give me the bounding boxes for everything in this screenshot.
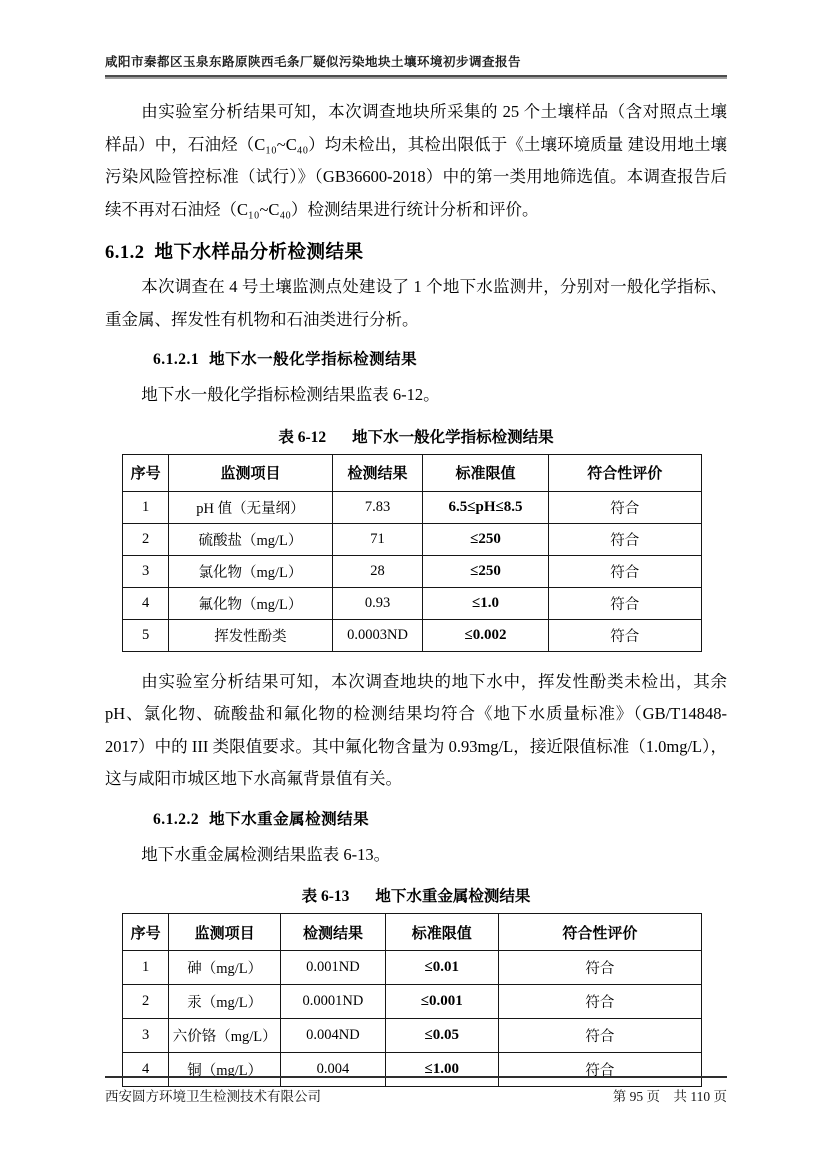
paragraph-groundwater-intro: 本次调查在 4 号土壤监测点处建设了 1 个地下水监测井，分别对一般化学指标、重… [105,271,727,336]
table-caption-title: 地下水一般化学指标检测结果 [352,429,554,446]
column-header: 符合性评价 [548,454,701,491]
paragraph-table-6-13-reference: 地下水重金属检测结果监表 6-13。 [105,839,727,872]
table-cell: ≤250 [423,523,548,555]
section-title: 地下水样品分析检测结果 [155,243,364,263]
column-header: 序号 [123,454,169,491]
table-cell: 汞（mg/L） [169,985,281,1019]
table-cell: 符合 [548,619,701,651]
table-cell: 6.5≤pH≤8.5 [423,491,548,523]
table-cell: ≤250 [423,555,548,587]
section-heading-6-1-2-2: 6.1.2.2地下水重金属检测结果 [153,807,727,829]
table-cell: 氟化物（mg/L） [169,587,332,619]
table-header-row: 序号监测项目检测结果标准限值符合性评价 [123,914,702,951]
table-cell: 挥发性酚类 [169,619,332,651]
table-cell: 符合 [498,985,701,1019]
table-caption-title: 地下水重金属检测结果 [375,888,530,905]
column-header: 序号 [123,914,169,951]
table-cell: 砷（mg/L） [169,951,281,985]
table-cell: 2 [123,523,169,555]
table-cell: ≤0.01 [385,951,498,985]
table-cell: 4 [123,587,169,619]
table-cell: 0.0003ND [332,619,423,651]
table-cell: 0.001ND [281,951,386,985]
table-cell: pH 值（无量纲） [169,491,332,523]
table-cell: 符合 [548,587,701,619]
table-row: 3氯化物（mg/L）28≤250符合 [123,555,702,587]
section-number: 6.1.2 [105,243,145,263]
table-cell: 六价铬（mg/L） [169,1019,281,1053]
table-6-13-caption: 表 6-13地下水重金属检测结果 [105,884,727,906]
section-heading-6-1-2-1: 6.1.2.1地下水一般化学指标检测结果 [153,347,727,369]
column-header: 检测结果 [281,914,386,951]
table-cell: 0.93 [332,587,423,619]
table-cell: 1 [123,951,169,985]
page-header: 咸阳市秦都区玉泉东路原陕西毛条厂疑似污染地块土壤环境初步调查报告 [105,52,727,77]
table-row: 4氟化物（mg/L）0.93≤1.0符合 [123,587,702,619]
table-cell: ≤0.001 [385,985,498,1019]
table-row: 2汞（mg/L）0.0001ND≤0.001符合 [123,985,702,1019]
table-cell: ≤1.0 [423,587,548,619]
column-header: 监测项目 [169,454,332,491]
table-cell: 1 [123,491,169,523]
column-header: 检测结果 [332,454,423,491]
table-cell: ≤0.05 [385,1019,498,1053]
table-row: 1砷（mg/L）0.001ND≤0.01符合 [123,951,702,985]
table-caption-label: 表 6-13 [302,888,350,905]
column-header: 监测项目 [169,914,281,951]
column-header: 标准限值 [385,914,498,951]
paragraph-soil-summary: 由实验室分析结果可知，本次调查地块所采集的 25 个土壤样品（含对照点土壤样品）… [105,96,727,226]
table-groundwater-chemical-results: 序号监测项目检测结果标准限值符合性评价1pH 值（无量纲）7.836.5≤pH≤… [122,454,702,652]
document-body: { "header": { "title": "咸阳市秦都区玉泉东路原陕西毛条厂… [0,0,827,1169]
table-caption-label: 表 6-12 [278,429,326,446]
table-cell: 28 [332,555,423,587]
report-page: 咸阳市秦都区玉泉东路原陕西毛条厂疑似污染地块土壤环境初步调查报告 由实验室分析结… [0,0,827,1169]
table-cell: 0.0001ND [281,985,386,1019]
table-cell: 硫酸盐（mg/L） [169,523,332,555]
section-number: 6.1.2.2 [153,811,199,828]
paragraph-chem-result-summary: 由实验室分析结果可知，本次调查地块的地下水中，挥发性酚类未检出，其余 pH、氯化… [105,666,727,796]
table-cell: 5 [123,619,169,651]
table-row: 1pH 值（无量纲）7.836.5≤pH≤8.5符合 [123,491,702,523]
table-cell: 3 [123,1019,169,1053]
section-title: 地下水一般化学指标检测结果 [209,351,417,368]
section-heading-6-1-2: 6.1.2地下水样品分析检测结果 [105,238,727,264]
table-cell: 符合 [548,491,701,523]
page-footer: 西安圆方环境卫生检测技术有限公司 第 95 页 共 110 页 [105,1076,727,1105]
table-cell: 符合 [548,555,701,587]
table-groundwater-heavy-metal-results: 序号监测项目检测结果标准限值符合性评价1砷（mg/L）0.001ND≤0.01符… [122,913,702,1087]
footer-page-number: 第 95 页 共 110 页 [613,1085,727,1105]
table-header-row: 序号监测项目检测结果标准限值符合性评价 [123,454,702,491]
column-header: 符合性评价 [498,914,701,951]
table-cell: 符合 [498,951,701,985]
table-cell: 符合 [548,523,701,555]
table-cell: 符合 [498,1019,701,1053]
table-cell: 2 [123,985,169,1019]
section-number: 6.1.2.1 [153,351,199,368]
table-cell: 0.004ND [281,1019,386,1053]
table-cell: ≤0.002 [423,619,548,651]
table-6-12-caption: 表 6-12地下水一般化学指标检测结果 [105,425,727,447]
paragraph-table-6-12-reference: 地下水一般化学指标检测结果监表 6-12。 [105,379,727,412]
table-row: 3六价铬（mg/L）0.004ND≤0.05符合 [123,1019,702,1053]
column-header: 标准限值 [423,454,548,491]
table-cell: 3 [123,555,169,587]
table-row: 5挥发性酚类0.0003ND≤0.002符合 [123,619,702,651]
footer-company-name: 西安圆方环境卫生检测技术有限公司 [105,1085,321,1105]
section-title: 地下水重金属检测结果 [209,811,369,828]
table-cell: 氯化物（mg/L） [169,555,332,587]
table-row: 2硫酸盐（mg/L）71≤250符合 [123,523,702,555]
page-header-title: 咸阳市秦都区玉泉东路原陕西毛条厂疑似污染地块土壤环境初步调查报告 [105,55,521,69]
table-cell: 7.83 [332,491,423,523]
table-cell: 71 [332,523,423,555]
